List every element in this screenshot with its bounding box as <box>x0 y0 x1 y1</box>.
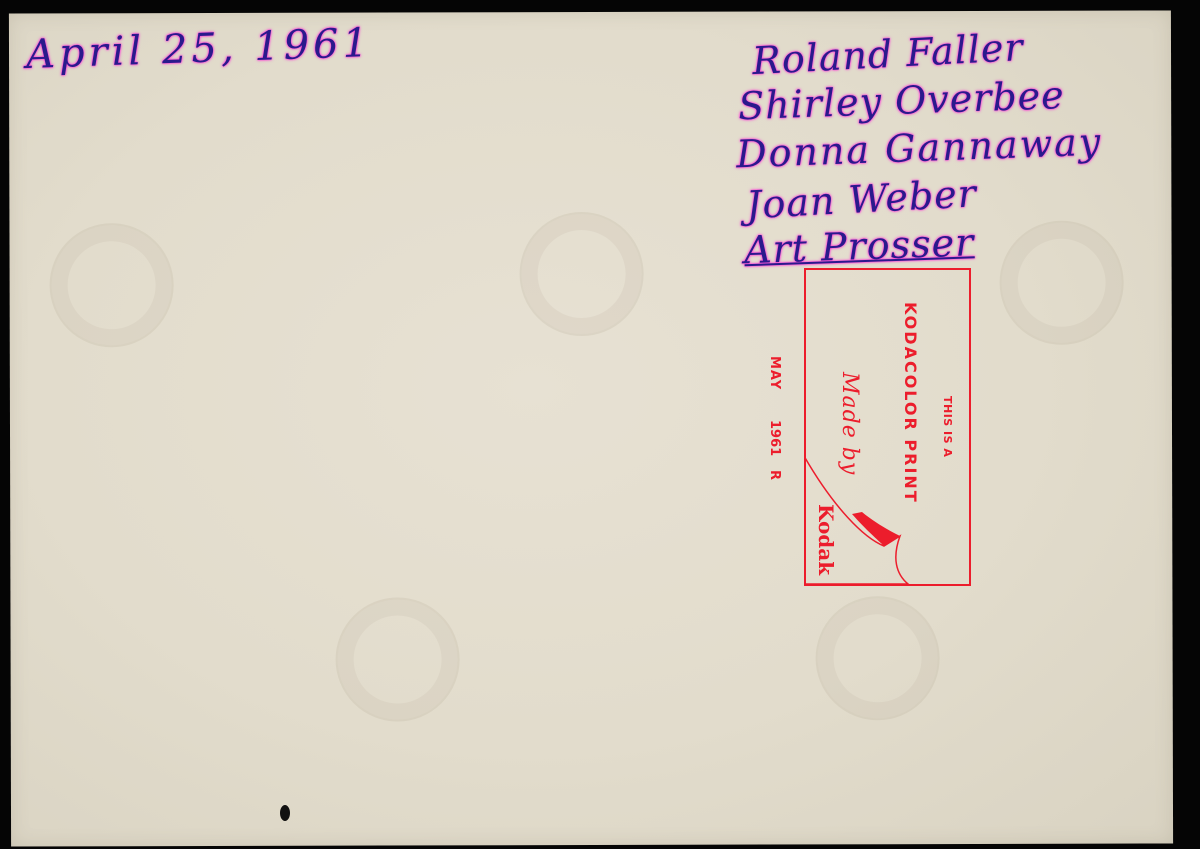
stamp-kodacolor-print: KODACOLOR PRINT <box>901 302 920 504</box>
backprint-watermark <box>519 212 643 336</box>
ink-blot <box>280 805 290 821</box>
stamp-month: MAY <box>767 356 782 390</box>
stamp-year: 1961 <box>767 420 782 456</box>
stamp-made-by: Made by <box>837 372 862 475</box>
backprint-watermark <box>815 596 939 720</box>
stamp-kodak-logo: Kodak <box>814 504 838 575</box>
stamp-suffix: R <box>767 470 782 480</box>
backprint-watermark <box>49 223 173 347</box>
stamp-this-is-a: THIS IS A <box>941 396 954 457</box>
backprint-watermark <box>335 597 459 721</box>
handwritten-names-list: Roland Faller Shirley Overbee Donna Gann… <box>730 28 1102 268</box>
scanned-photo-back: April 25, 1961 Roland Faller Shirley Ove… <box>0 0 1200 849</box>
